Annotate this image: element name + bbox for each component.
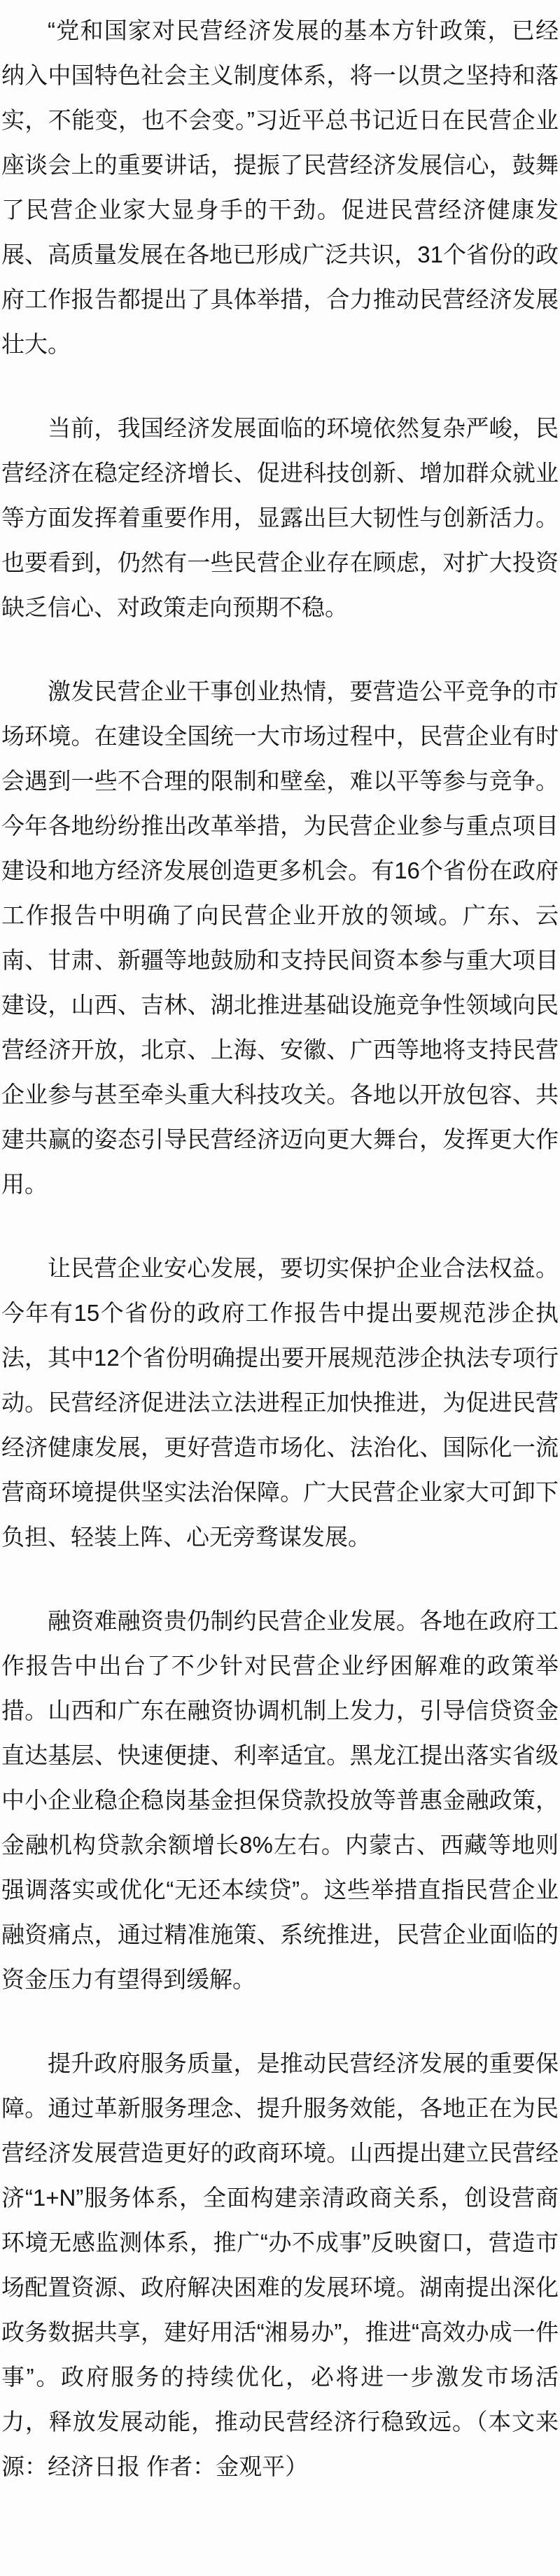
paragraph-legal-protection: 让民营企业安心发展，要切实保护企业合法权益。今年有15个省份的政府工作报告中提出… — [1, 1246, 559, 1560]
paragraph-financing: 融资难融资贵仍制约民营企业发展。各地在政府工作报告中出台了不少针对民营企业纾困解… — [1, 1599, 559, 2002]
paragraph-policy-commitment: “党和国家对民营经济发展的基本方针政策，已经纳入中国特色社会主义制度体系，将一以… — [1, 8, 559, 367]
paragraph-fair-competition: 激发民营企业干事创业热情，要营造公平竞争的市场环境。在建设全国统一大市场过程中，… — [1, 669, 559, 1207]
paragraph-current-situation: 当前，我国经济发展面临的环境依然复杂严峻，民营经济在稳定经济增长、促进科技创新、… — [1, 406, 559, 630]
paragraph-government-service: 提升政府服务质量，是推动民营经济发展的重要保障。通过革新服务理念、提升服务效能，… — [1, 2041, 559, 2489]
article-body: “党和国家对民营经济发展的基本方针政策，已经纳入中国特色社会主义制度体系，将一以… — [1, 8, 559, 2489]
article-page: “党和国家对民营经济发展的基本方针政策，已经纳入中国特色社会主义制度体系，将一以… — [0, 0, 560, 2576]
